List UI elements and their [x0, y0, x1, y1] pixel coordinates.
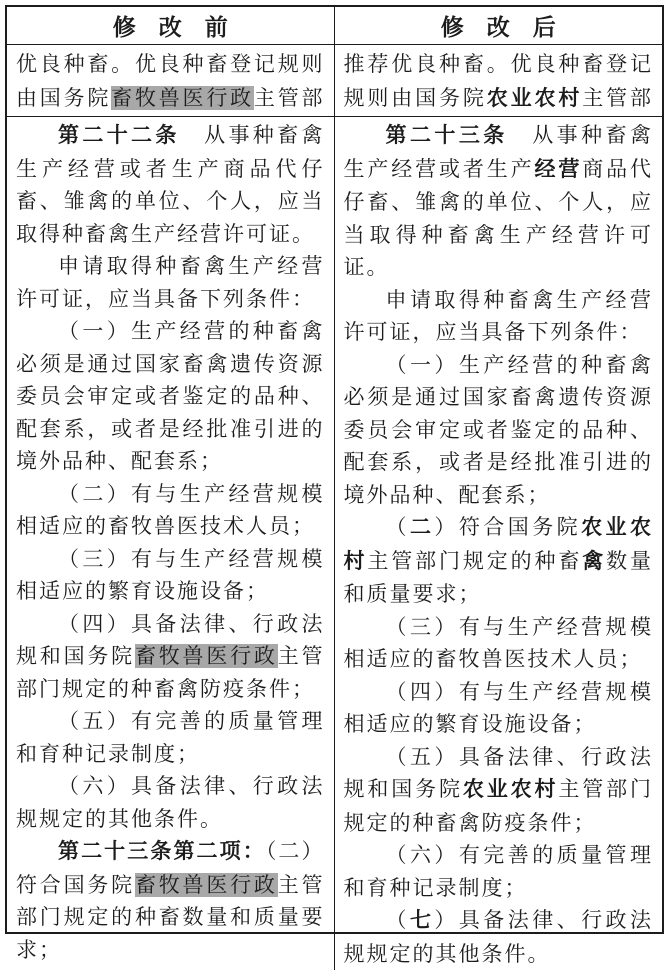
- inserted-bold-text: 二: [410, 516, 434, 539]
- highlighted-removed-text: 畜牧兽医行政: [135, 873, 278, 897]
- revision-comparison-table: 修 改 前 修 改 后 优良种畜。优良种畜登记规则由国务院畜牧兽医行政主管部门制…: [5, 5, 664, 934]
- paragraph: （七）具备法律、行政法规规定的其他条件。: [344, 904, 654, 970]
- paragraph: （三）有与生产经营规模相适应的畜牧兽医技术人员；: [344, 611, 654, 676]
- text-run: （三）有与生产经营规模相适应的繁育设施设备；: [16, 547, 325, 604]
- paragraph: （二）符合国务院农业农村主管部门规定的种畜禽数量和质量要求；: [344, 511, 654, 611]
- paragraph: （三）有与生产经营规模相适应的繁育设施设备；: [16, 543, 325, 608]
- table-row-provision-registration: 优良种畜。优良种畜登记规则由国务院畜牧兽医行政主管部门制定。 推荐优良种畜。优良…: [7, 45, 662, 117]
- header-before: 修 改 前: [7, 7, 335, 44]
- text-run: （六）具备法律、行政法规规定的其他条件。: [16, 774, 325, 831]
- before-cell-registration-clause: 优良种畜。优良种畜登记规则由国务院畜牧兽医行政主管部门制定。: [7, 45, 335, 116]
- header-after: 修 改 后: [335, 7, 663, 44]
- highlighted-removed-text: 畜牧兽医行政: [135, 644, 278, 668]
- paragraph: 申请取得种畜禽生产经营许可证，应当具备下列条件：: [16, 250, 325, 315]
- text-run: （一）生产经营的种畜禽必须是通过国家畜禽遗传资源委员会审定或者鉴定的品种、配套系…: [16, 319, 325, 473]
- paragraph: （一）生产经营的种畜禽必须是通过国家畜禽遗传资源委员会审定或者鉴定的品种、配套系…: [16, 315, 325, 478]
- paragraph: （一）生产经营的种畜禽必须是通过国家畜禽遗传资源委员会审定或者鉴定的品种、配套系…: [344, 349, 654, 512]
- paragraph: （五）有完善的质量管理和育种记录制度；: [16, 705, 325, 770]
- text-run: （四）有与生产经营规模相适应的繁育设施设备；: [344, 680, 654, 737]
- text-run: 申请取得种畜禽生产经营许可证，应当具备下列条件：: [344, 288, 654, 345]
- paragraph: （四）有与生产经营规模相适应的繁育设施设备；: [344, 676, 654, 741]
- inserted-bold-text: 禽: [582, 550, 606, 573]
- text-run: （二）有与生产经营规模相适应的畜牧兽医技术人员；: [16, 482, 325, 539]
- paragraph: （四）具备法律、行政法规和国务院畜牧兽医行政主管部门规定的种畜禽防疫条件；: [16, 608, 325, 706]
- text-run: （三）有与生产经营规模相适应的畜牧兽医技术人员；: [344, 615, 654, 672]
- paragraph: （六）有完善的质量管理和育种记录制度；: [344, 839, 654, 904]
- inserted-bold-text: 第二十三条: [386, 124, 508, 147]
- paragraph: （二）有与生产经营规模相适应的畜牧兽医技术人员；: [16, 478, 325, 543]
- inserted-bold-text: 第二十二条: [58, 124, 180, 147]
- paragraph: （六）具备法律、行政法规规定的其他条件。: [16, 770, 325, 835]
- paragraph: 第二十三条 从事种畜禽生产经营或者生产经营商品代仔畜、雏禽的单位、个人，应当取得…: [344, 119, 654, 284]
- text-run: （: [386, 515, 410, 539]
- inserted-bold-text: 第二十三条第二项：: [58, 840, 266, 863]
- text-run: （五）有完善的质量管理和育种记录制度；: [16, 709, 325, 766]
- text-run: 申请取得种畜禽生产经营许可证，应当具备下列条件：: [16, 254, 325, 311]
- paragraph: （五）具备法律、行政法规和国务院农业农村主管部门规定的种畜禽防疫条件；: [344, 741, 654, 840]
- paragraph: 优良种畜。优良种畜登记规则由国务院畜牧兽医行政主管部门制定。: [16, 47, 325, 116]
- after-cell-article-23: 第二十三条 从事种畜禽生产经营或者生产经营商品代仔畜、雏禽的单位、个人，应当取得…: [335, 117, 663, 970]
- inserted-bold-text: 农业农村: [463, 778, 559, 801]
- table-header-row: 修 改 前 修 改 后: [7, 7, 662, 45]
- table-row-article-22-23: 第二十二条 从事种畜禽生产经营或者生产商品代仔畜、雏禽的单位、个人，应当取得种畜…: [7, 117, 662, 970]
- paragraph: 推荐优良种畜。优良种畜登记规则由国务院农业农村主管部门制定。: [344, 47, 654, 116]
- paragraph: 第二十三条第二项：（二）符合国务院畜牧兽医行政主管部门规定的种畜数量和质量要求；: [16, 835, 325, 966]
- text-run: （一）生产经营的种畜禽必须是通过国家畜禽遗传资源委员会审定或者鉴定的品种、配套系…: [344, 353, 654, 507]
- after-cell-registration-clause: 推荐优良种畜。优良种畜登记规则由国务院农业农村主管部门制定。: [335, 45, 663, 116]
- inserted-bold-text: 农业农村: [487, 87, 583, 110]
- text-run: 主管部门规定的种畜: [367, 549, 582, 573]
- text-run: （: [386, 908, 410, 932]
- before-cell-article-22: 第二十二条 从事种畜禽生产经营或者生产商品代仔畜、雏禽的单位、个人，应当取得种畜…: [7, 117, 335, 970]
- highlighted-removed-text: 畜牧兽医行政: [111, 86, 254, 110]
- inserted-bold-text: 七: [410, 909, 434, 932]
- inserted-bold-text: 经营: [535, 158, 583, 181]
- paragraph: 申请取得种畜禽生产经营许可证，应当具备下列条件：: [344, 284, 654, 349]
- text-run: （六）有完善的质量管理和育种记录制度；: [344, 843, 654, 900]
- paragraph: 第二十二条 从事种畜禽生产经营或者生产商品代仔畜、雏禽的单位、个人，应当取得种畜…: [16, 119, 325, 250]
- text-run: ）符合国务院: [434, 515, 581, 539]
